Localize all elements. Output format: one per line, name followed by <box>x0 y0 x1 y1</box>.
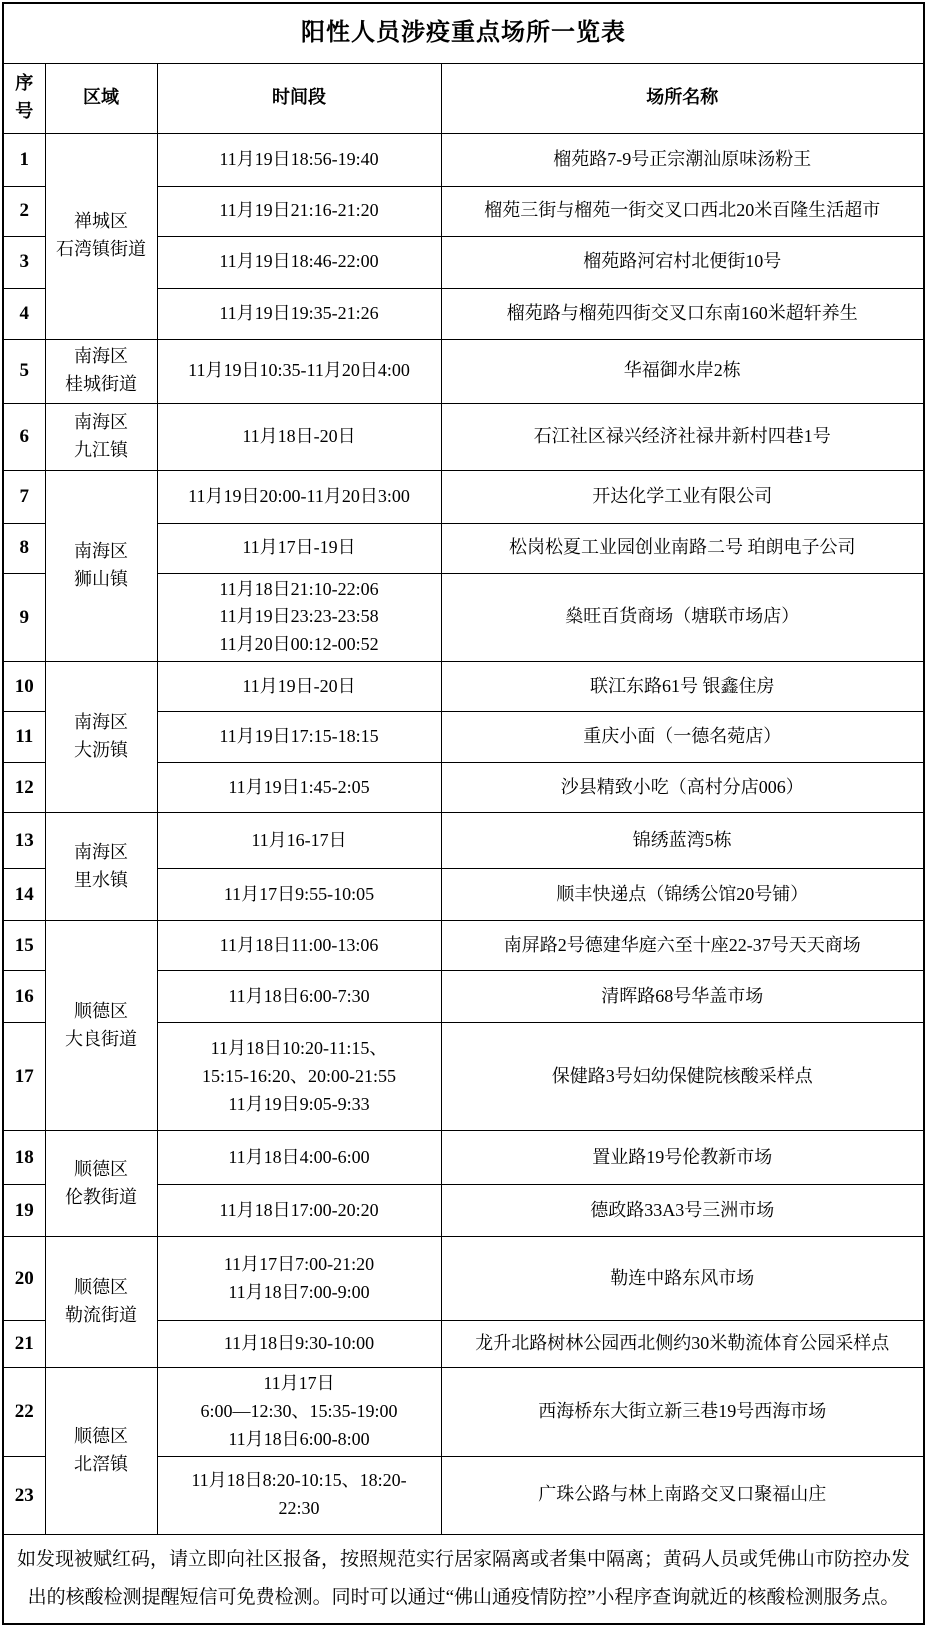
footer-row: 如发现被赋红码，请立即向社区报备，按照规范实行居家隔离或者集中隔离；黄码人员或凭… <box>3 1534 924 1624</box>
time-cell: 11月18日11:00-13:06 <box>157 921 441 971</box>
table-row: 13 南海区 里水镇 11月16-17日 锦绣蓝湾5栋 <box>3 813 924 869</box>
time-cell: 11月17日9:55-10:05 <box>157 869 441 921</box>
place-cell: 松岗松夏工业园创业南路二号 珀朗电子公司 <box>441 523 924 573</box>
row-number: 18 <box>3 1131 45 1185</box>
row-number: 16 <box>3 971 45 1023</box>
row-number: 12 <box>3 763 45 813</box>
row-number: 21 <box>3 1321 45 1368</box>
region-cell: 南海区 狮山镇 <box>45 470 157 662</box>
place-cell: 南屏路2号德建华庭六至十座22-37号天天商场 <box>441 921 924 971</box>
table-row: 15 顺德区 大良街道 11月18日11:00-13:06 南屏路2号德建华庭六… <box>3 921 924 971</box>
time-cell: 11月19日-20日 <box>157 662 441 712</box>
time-cell: 11月16-17日 <box>157 813 441 869</box>
row-number: 10 <box>3 662 45 712</box>
place-cell: 广珠公路与林上南路交叉口聚福山庄 <box>441 1456 924 1534</box>
page-title: 阳性人员涉疫重点场所一览表 <box>3 3 924 63</box>
table-row: 18 顺德区 伦教街道 11月18日4:00-6:00 置业路19号伦教新市场 <box>3 1131 924 1185</box>
row-number: 8 <box>3 523 45 573</box>
row-number: 5 <box>3 339 45 403</box>
notice-text: 如发现被赋红码，请立即向社区报备，按照规范实行居家隔离或者集中隔离；黄码人员或凭… <box>3 1534 924 1624</box>
place-cell: 榴苑路与榴苑四街交叉口东南160米超轩养生 <box>441 288 924 339</box>
place-cell: 榴苑路河宕村北便街10号 <box>441 236 924 288</box>
time-cell: 11月19日19:35-21:26 <box>157 288 441 339</box>
region-cell: 南海区 桂城街道 <box>45 339 157 403</box>
row-number: 14 <box>3 869 45 921</box>
row-number: 3 <box>3 236 45 288</box>
column-header-time: 时间段 <box>157 63 441 133</box>
place-cell: 重庆小面（一德名菀店） <box>441 712 924 763</box>
table-row: 5 南海区 桂城街道 11月19日10:35-11月20日4:00 华福御水岸2… <box>3 339 924 403</box>
table-row: 10 南海区 大沥镇 11月19日-20日 联江东路61号 银鑫住房 <box>3 662 924 712</box>
place-cell: 燊旺百货商场（塘联市场店） <box>441 573 924 662</box>
time-cell: 11月19日18:56-19:40 <box>157 133 441 186</box>
region-cell: 禅城区 石湾镇街道 <box>45 133 157 339</box>
region-cell: 南海区 大沥镇 <box>45 662 157 813</box>
place-cell: 顺丰快递点（锦绣公馆20号铺） <box>441 869 924 921</box>
time-cell: 11月18日21:10-22:06 11月19日23:23-23:58 11月2… <box>157 573 441 662</box>
table-row: 7 南海区 狮山镇 11月19日20:00-11月20日3:00 开达化学工业有… <box>3 470 924 523</box>
place-cell: 榴苑路7-9号正宗潮汕原味汤粉王 <box>441 133 924 186</box>
place-cell: 沙县精致小吃（高村分店006） <box>441 763 924 813</box>
row-number: 9 <box>3 573 45 662</box>
row-number: 19 <box>3 1185 45 1237</box>
table-row: 22 顺德区 北滘镇 11月17日 6:00—12:30、15:35-19:00… <box>3 1368 924 1457</box>
time-cell: 11月17日 6:00—12:30、15:35-19:00 11月18日6:00… <box>157 1368 441 1457</box>
region-cell: 顺德区 伦教街道 <box>45 1131 157 1237</box>
region-cell: 南海区 九江镇 <box>45 403 157 470</box>
place-cell: 西海桥东大街立新三巷19号西海市场 <box>441 1368 924 1457</box>
region-cell: 南海区 里水镇 <box>45 813 157 921</box>
row-number: 4 <box>3 288 45 339</box>
region-cell: 顺德区 勒流街道 <box>45 1237 157 1368</box>
time-cell: 11月18日9:30-10:00 <box>157 1321 441 1368</box>
table-row: 1 禅城区 石湾镇街道 11月19日18:56-19:40 榴苑路7-9号正宗潮… <box>3 133 924 186</box>
row-number: 23 <box>3 1456 45 1534</box>
place-cell: 华福御水岸2栋 <box>441 339 924 403</box>
row-number: 7 <box>3 470 45 523</box>
column-header-place: 场所名称 <box>441 63 924 133</box>
row-number: 6 <box>3 403 45 470</box>
column-header-region: 区域 <box>45 63 157 133</box>
time-cell: 11月18日6:00-7:30 <box>157 971 441 1023</box>
time-cell: 11月19日10:35-11月20日4:00 <box>157 339 441 403</box>
row-number: 17 <box>3 1023 45 1131</box>
row-number: 1 <box>3 133 45 186</box>
row-number: 22 <box>3 1368 45 1457</box>
place-cell: 榴苑三街与榴苑一街交叉口西北20米百隆生活超市 <box>441 186 924 236</box>
time-cell: 11月18日8:20-10:15、18:20- 22:30 <box>157 1456 441 1534</box>
time-cell: 11月19日1:45-2:05 <box>157 763 441 813</box>
time-cell: 11月17日7:00-21:20 11月18日7:00-9:00 <box>157 1237 441 1321</box>
time-cell: 11月18日4:00-6:00 <box>157 1131 441 1185</box>
time-cell: 11月19日17:15-18:15 <box>157 712 441 763</box>
place-cell: 置业路19号伦教新市场 <box>441 1131 924 1185</box>
time-cell: 11月19日20:00-11月20日3:00 <box>157 470 441 523</box>
row-number: 20 <box>3 1237 45 1321</box>
title-row: 阳性人员涉疫重点场所一览表 <box>3 3 924 63</box>
row-number: 2 <box>3 186 45 236</box>
place-cell: 龙升北路树林公园西北侧约30米勒流体育公园采样点 <box>441 1321 924 1368</box>
covid-venues-table: 阳性人员涉疫重点场所一览表 序号 区域 时间段 场所名称 1 禅城区 石湾镇街道… <box>2 2 925 1625</box>
time-cell: 11月18日-20日 <box>157 403 441 470</box>
time-cell: 11月18日10:20-11:15、 15:15-16:20、20:00-21:… <box>157 1023 441 1131</box>
place-cell: 联江东路61号 银鑫住房 <box>441 662 924 712</box>
time-cell: 11月19日18:46-22:00 <box>157 236 441 288</box>
row-number: 11 <box>3 712 45 763</box>
place-cell: 石江社区禄兴经济社禄井新村四巷1号 <box>441 403 924 470</box>
time-cell: 11月19日21:16-21:20 <box>157 186 441 236</box>
table-row: 6 南海区 九江镇 11月18日-20日 石江社区禄兴经济社禄井新村四巷1号 <box>3 403 924 470</box>
column-header-no: 序号 <box>3 63 45 133</box>
place-cell: 保健路3号妇幼保健院核酸采样点 <box>441 1023 924 1131</box>
row-number: 13 <box>3 813 45 869</box>
place-cell: 锦绣蓝湾5栋 <box>441 813 924 869</box>
header-row: 序号 区域 时间段 场所名称 <box>3 63 924 133</box>
region-cell: 顺德区 大良街道 <box>45 921 157 1131</box>
place-cell: 开达化学工业有限公司 <box>441 470 924 523</box>
time-cell: 11月17日-19日 <box>157 523 441 573</box>
table-row: 20 顺德区 勒流街道 11月17日7:00-21:20 11月18日7:00-… <box>3 1237 924 1321</box>
place-cell: 勒连中路东风市场 <box>441 1237 924 1321</box>
region-cell: 顺德区 北滘镇 <box>45 1368 157 1535</box>
place-cell: 德政路33A3号三洲市场 <box>441 1185 924 1237</box>
row-number: 15 <box>3 921 45 971</box>
place-cell: 清晖路68号华盖市场 <box>441 971 924 1023</box>
time-cell: 11月18日17:00-20:20 <box>157 1185 441 1237</box>
